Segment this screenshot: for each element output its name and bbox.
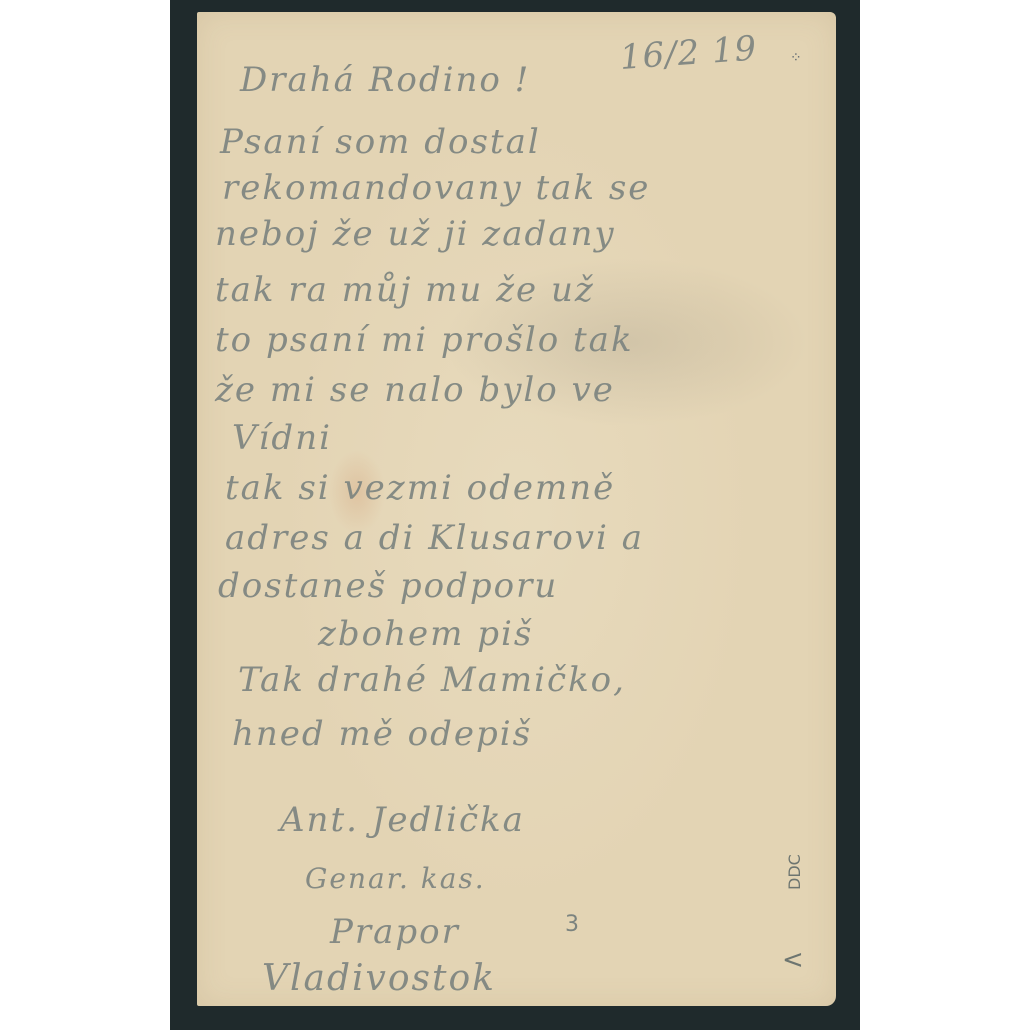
letter-line: dostaneš podporu (218, 566, 558, 606)
signature-battalion: Prapor (330, 912, 460, 952)
letter-line: že mi se nalo bylo ve (215, 370, 615, 410)
letter-line: Psaní som dostal (220, 122, 541, 162)
margin-mark: DDC (785, 854, 804, 890)
letter-line: adres a di Klusarovi a (225, 518, 644, 558)
signature-city: Vladivostok (262, 958, 496, 999)
corner-pencil-marks: ⁘ (790, 50, 804, 66)
margin-bracket: < (782, 945, 804, 975)
letter-line: tak ra můj mu že už (215, 270, 595, 310)
letter-line: to psaní mi prošlo tak (215, 320, 634, 360)
letter-line: Tak drahé Mamičko, (238, 660, 626, 700)
letter-line: rekomandovany tak se (222, 168, 650, 208)
signature-unit: Genar. kas. (305, 862, 486, 895)
greeting-line: Drahá Rodino ! (240, 60, 530, 100)
letter-line: hned mě odepiš (232, 714, 532, 754)
signature-name: Ant. Jedlička (280, 800, 525, 840)
letter-line: Vídni (232, 418, 332, 458)
letter-line: tak si vezmi odemně (225, 468, 615, 508)
battalion-number: 3 (565, 912, 579, 937)
letter-line: zbohem piš (318, 614, 533, 654)
letter-line: neboj že už ji zadany (215, 214, 616, 254)
